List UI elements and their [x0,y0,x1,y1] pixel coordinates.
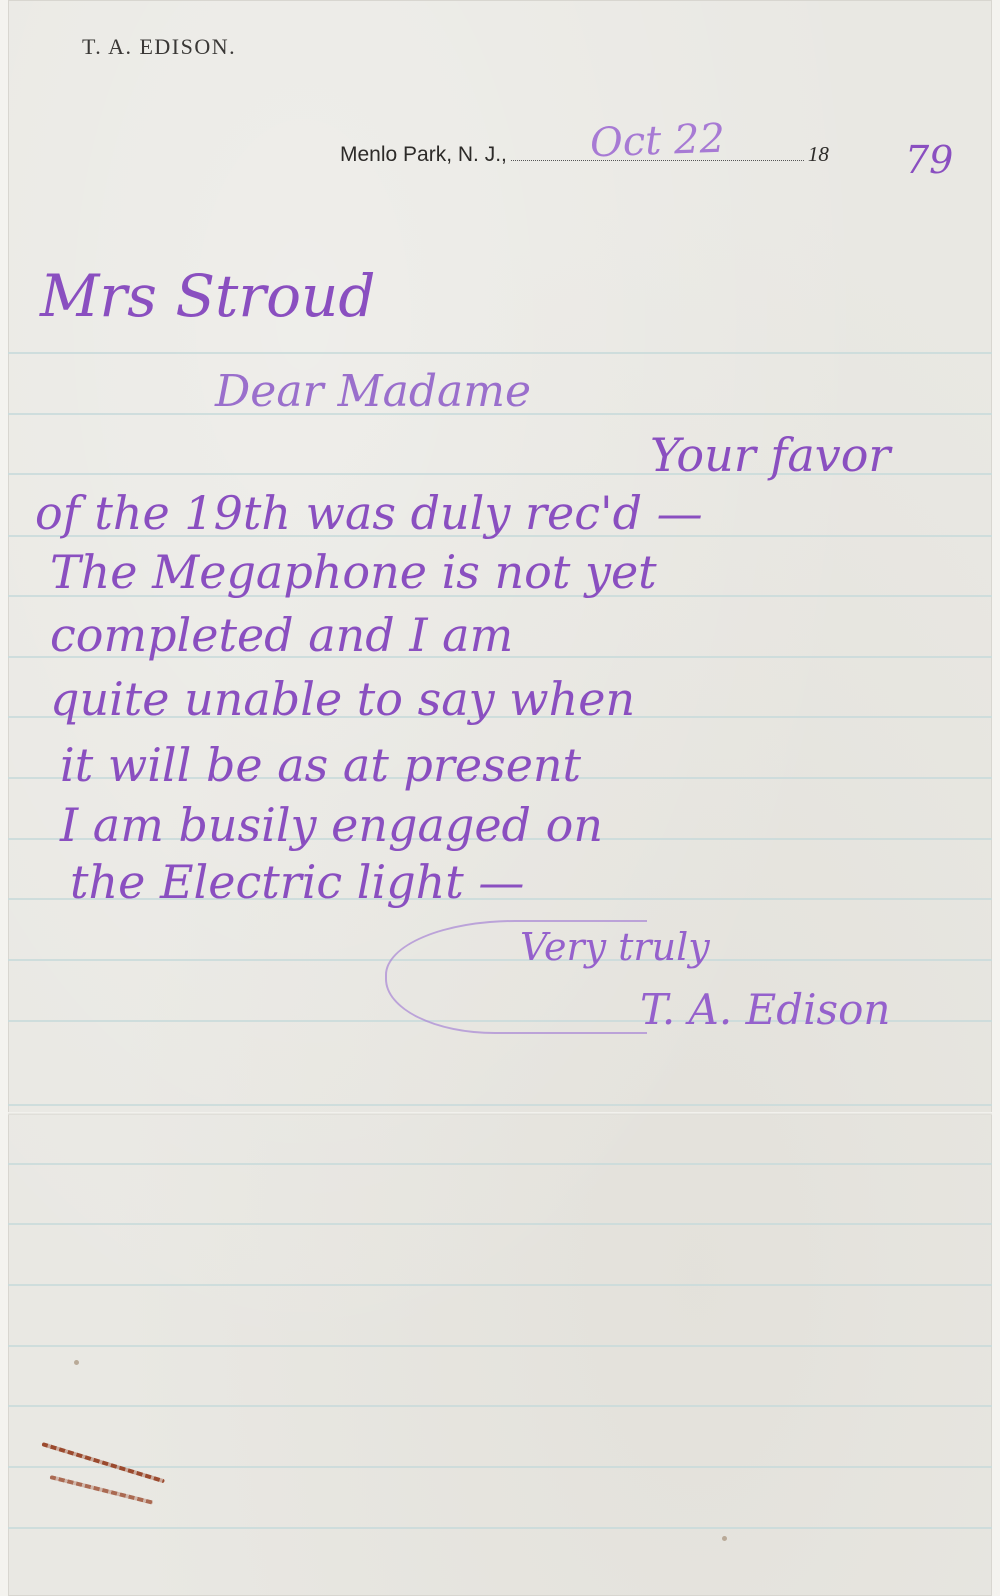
paper-speck [722,1536,727,1541]
greeting: Dear Madame [215,366,531,417]
ruled-line [8,1527,992,1529]
body-line: I am busily engaged on [60,798,603,852]
ruled-line [8,1284,992,1286]
letterhead-place: Menlo Park, N. J., [340,143,507,167]
ruled-line [8,352,992,354]
year-prefix: 18 [808,142,829,167]
body-line: it will be as at present [60,738,581,792]
letterhead-name: T. A. EDISON. [82,34,236,60]
paper-speck [74,1360,79,1365]
signature: T. A. Edison [640,985,890,1034]
ruled-line [8,1345,992,1347]
body-line: the Electric light — [70,855,524,909]
body-line: of the 19th was duly rec'd — [35,486,703,540]
fold-crease [8,1112,992,1115]
ruled-line [8,1466,992,1468]
body-line: completed and I am [50,608,513,662]
ruled-line [8,1223,992,1225]
closing: Very truly [520,925,710,969]
letterhead-place-date-line: Menlo Park, N. J., 18 [340,142,829,167]
ruled-line [8,1163,992,1165]
addressee: Mrs Stroud [40,262,375,330]
handwritten-date: Oct 22 [589,116,725,167]
ruled-line [8,1104,992,1106]
body-line: The Megaphone is not yet [50,545,657,599]
handwritten-year-suffix: 79 [905,138,953,182]
body-line: quite unable to say when [50,672,635,726]
ruled-line [8,1405,992,1407]
body-line: Your favor [650,428,890,482]
